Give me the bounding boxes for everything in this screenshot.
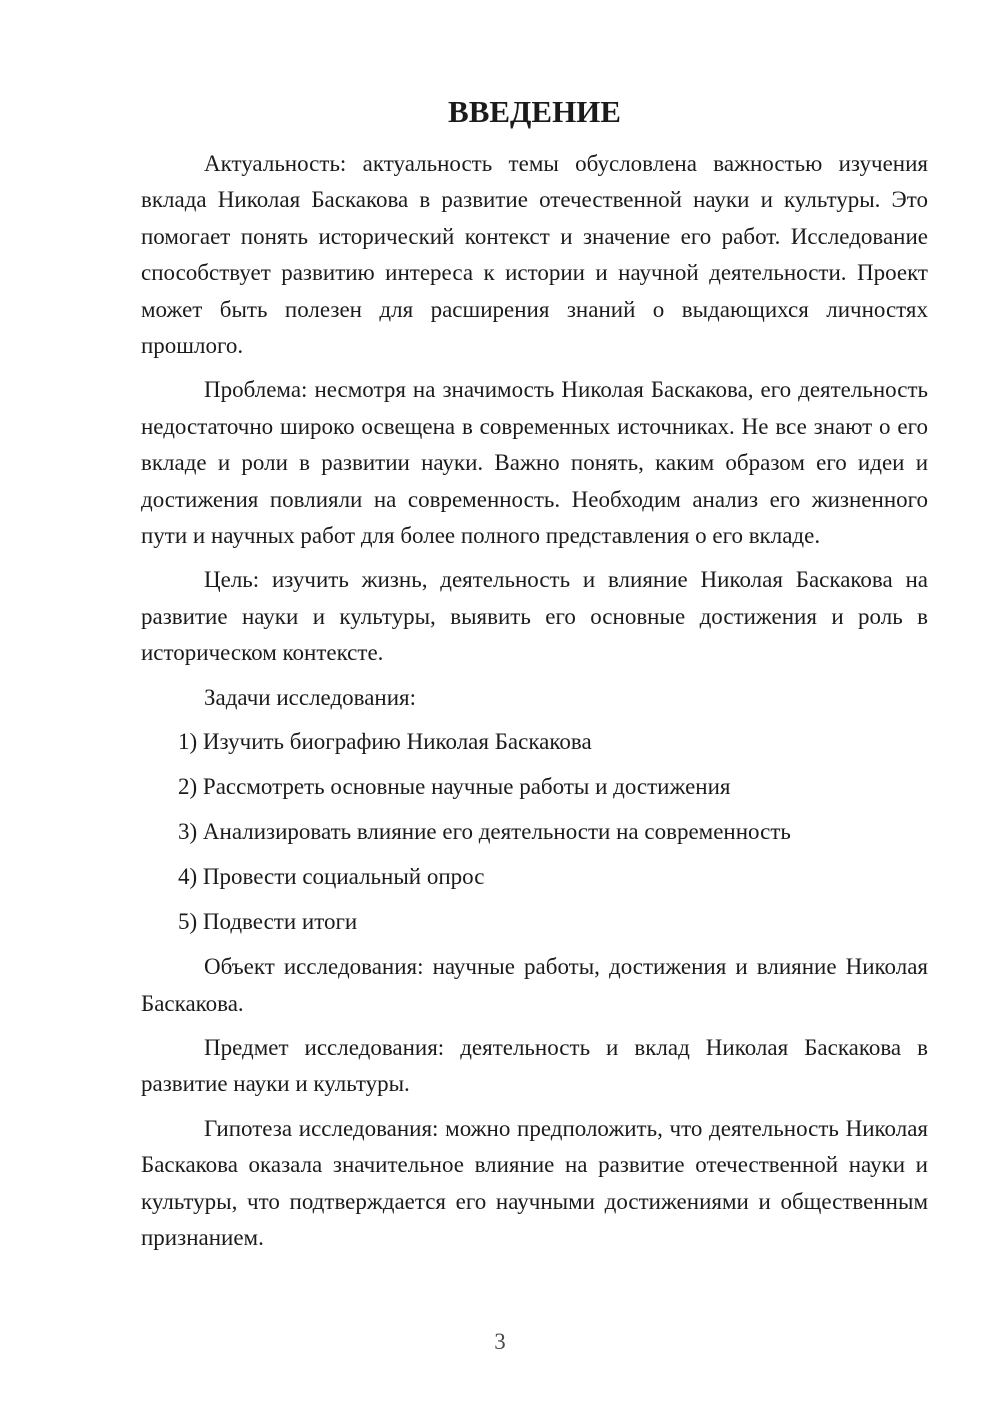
task-item-1: 1) Изучить биографию Николая Баскакова (178, 724, 928, 760)
page-title: ВВЕДЕНИЕ (141, 93, 928, 130)
task-item-4: 4) Провести социальный опрос (178, 859, 928, 895)
task-item-3: 3) Анализировать влияние его деятельност… (178, 814, 928, 850)
paragraph-relevance: Актуальность: актуальность темы обусловл… (141, 146, 928, 364)
task-item-5: 5) Подвести итоги (178, 904, 928, 940)
page-number: 3 (0, 1324, 1000, 1360)
tasks-list: 1) Изучить биографию Николая Баскакова 2… (141, 724, 928, 940)
paragraph-object: Объект исследования: научные работы, дос… (141, 949, 928, 1022)
task-item-2: 2) Рассмотреть основные научные работы и… (178, 769, 928, 805)
tasks-heading: Задачи исследования: (141, 680, 928, 716)
paragraph-goal: Цель: изучить жизнь, деятельность и влия… (141, 562, 928, 671)
paragraph-hypothesis: Гипотеза исследования: можно предположит… (141, 1111, 928, 1257)
paragraph-subject: Предмет исследования: деятельность и вкл… (141, 1030, 928, 1103)
paragraph-problem: Проблема: несмотря на значимость Николая… (141, 372, 928, 554)
document-page: ВВЕДЕНИЕ Актуальность: актуальность темы… (141, 93, 928, 1264)
